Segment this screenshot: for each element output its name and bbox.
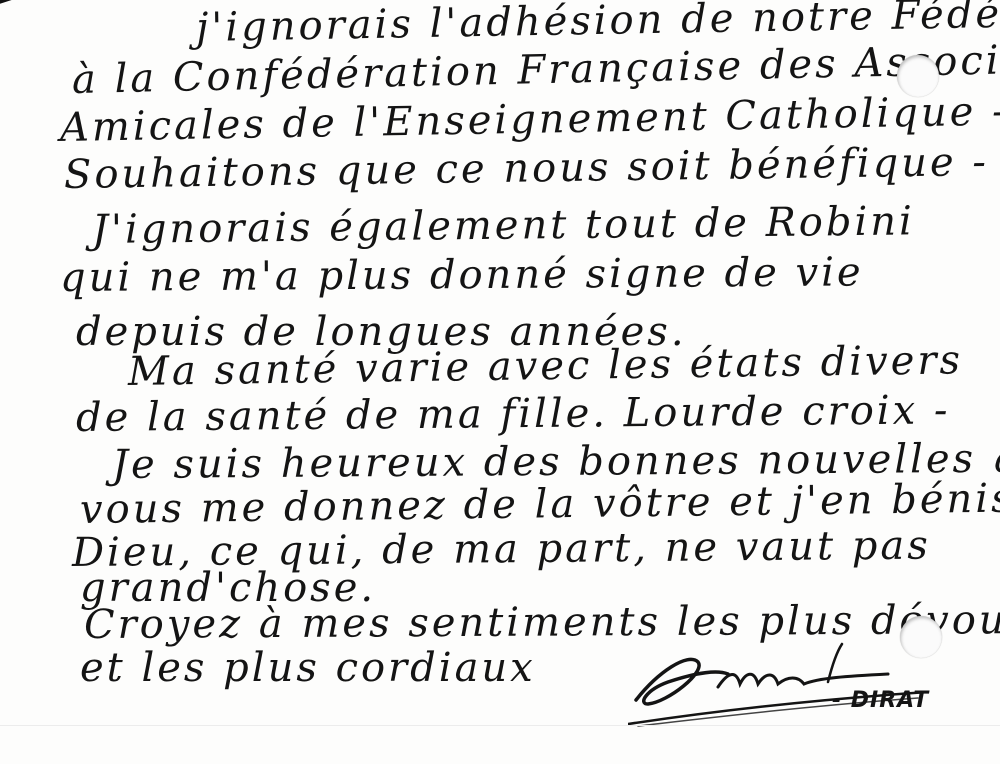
- page-bottom-edge: [0, 725, 1000, 726]
- letter-line: Ma santé varie avec les états divers: [128, 340, 964, 392]
- ink-mark: [0, 0, 16, 5]
- punch-hole: [897, 55, 939, 97]
- letter-line: et les plus cordiaux: [80, 648, 536, 688]
- signature-printed-name: - DIRAT: [832, 688, 929, 713]
- letter-line: de la santé de ma fille. Lourde croix -: [76, 390, 951, 438]
- letter-page: j'ignorais l'adhésion de notre Fédératio…: [0, 0, 1000, 764]
- letter-line: qui ne m'a plus donné signe de vie: [60, 252, 864, 298]
- signature-scrawl: [628, 642, 928, 732]
- letter-line: Souhaitons que ce nous soit bénéfique -: [64, 142, 989, 195]
- letter-line: J'ignorais également tout de Robini: [92, 201, 915, 250]
- letter-line: Croyez à mes sentiments les plus dévoués: [84, 600, 1000, 645]
